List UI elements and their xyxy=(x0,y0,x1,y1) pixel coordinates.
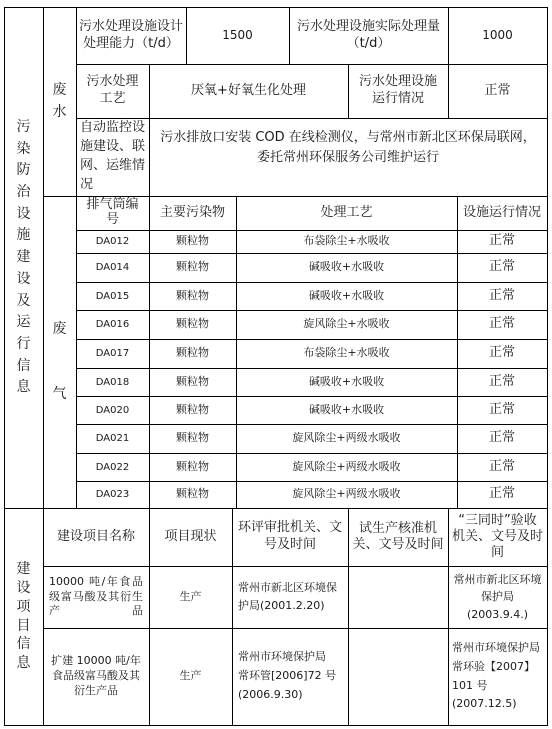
gas-row-status: 正常 xyxy=(457,453,547,481)
gas-row-outlet-id: DA015 xyxy=(76,282,149,310)
gas-row-outlet-id: DA016 xyxy=(76,310,149,339)
grid-line-h xyxy=(76,368,548,369)
grid-line-h xyxy=(76,310,548,311)
operation-value: 正常 xyxy=(448,64,547,118)
gas-row-pollutant: 颗粒物 xyxy=(149,396,236,424)
gas-row-process: 碱吸收+水吸收 xyxy=(236,368,457,396)
grid-line-v xyxy=(348,64,349,119)
grid-line-v xyxy=(289,7,290,65)
grid-line-v xyxy=(236,196,237,509)
design-capacity-label: 污水处理设施设计处理能力（t/d） xyxy=(76,8,186,64)
grid-line-v xyxy=(457,196,458,509)
actual-capacity-value: 1000 xyxy=(448,8,547,64)
grid-line-h xyxy=(76,282,548,283)
grid-line-h xyxy=(43,196,548,197)
grid-line-v xyxy=(547,7,548,726)
gas-row-process: 旋风除尘+两级水吸收 xyxy=(236,453,457,481)
proj-row2-eia: 常州市环境保护局 常环管[2006]72 号 (2006.9.30) xyxy=(232,628,348,725)
gas-row-process: 碱吸收+水吸收 xyxy=(236,282,457,310)
gas-row-pollutant: 颗粒物 xyxy=(149,282,236,310)
proj-header-acceptance: “三同时”验收机关、文号及时间 xyxy=(448,508,547,566)
gas-row-status: 正常 xyxy=(457,253,547,282)
gas-row-process: 旋风除尘+两级水吸收 xyxy=(236,481,457,508)
monitoring-label: 自动监控设施建设、联网、运维情况 xyxy=(76,118,149,196)
section-label-pollution: 污 染 防 治 设 施 建 设 及 运 行 信 息 xyxy=(4,8,43,508)
gas-row-pollutant: 颗粒物 xyxy=(149,481,236,508)
gas-row-process: 碱吸收+水吸收 xyxy=(236,396,457,424)
gas-row-pollutant: 颗粒物 xyxy=(149,339,236,368)
proj-row2-status: 生产 xyxy=(149,628,232,725)
grid-line-h xyxy=(76,396,548,397)
gas-row-outlet-id: DA022 xyxy=(76,453,149,481)
operation-label: 污水处理设施运行情况 xyxy=(348,64,448,118)
grid-line-v xyxy=(76,7,77,509)
proj-header-eia: 环评审批机关、文号及时间 xyxy=(232,508,348,566)
gas-row-status: 正常 xyxy=(457,481,547,508)
grid-line-h xyxy=(76,424,548,425)
gas-row-outlet-id: DA012 xyxy=(76,230,149,253)
gas-row-status: 正常 xyxy=(457,282,547,310)
grid-line-h xyxy=(76,453,548,454)
gas-row-status: 正常 xyxy=(457,310,547,339)
gas-row-pollutant: 颗粒物 xyxy=(149,310,236,339)
section-label-projects: 建 设 项 目 信 息 xyxy=(4,508,43,725)
proj-row1-name: 10000 吨/年食品级富马酸及其衍生产品 xyxy=(43,566,149,628)
gas-row-outlet-id: DA020 xyxy=(76,396,149,424)
grid-line-v xyxy=(448,64,449,119)
proj-row1-status: 生产 xyxy=(149,566,232,628)
proj-header-trial: 试生产核准机关、文号及时间 xyxy=(348,508,448,566)
grid-line-h xyxy=(76,253,548,254)
process-label: 污水处理工艺 xyxy=(76,64,149,118)
grid-line-h xyxy=(4,508,548,509)
grid-line-v xyxy=(448,7,449,65)
gas-row-process: 布袋除尘+水吸收 xyxy=(236,339,457,368)
grid-line-v xyxy=(232,508,233,726)
gas-row-outlet-id: DA023 xyxy=(76,481,149,508)
grid-line-h xyxy=(76,118,548,119)
gas-row-status: 正常 xyxy=(457,368,547,396)
grid-line-h xyxy=(76,481,548,482)
gas-row-pollutant: 颗粒物 xyxy=(149,453,236,481)
gas-header-process: 处理工艺 xyxy=(236,196,457,230)
proj-header-status: 项目现状 xyxy=(149,508,232,566)
design-capacity-value: 1500 xyxy=(186,8,289,64)
gas-header-status: 设施运行情况 xyxy=(457,196,547,230)
gas-row-pollutant: 颗粒物 xyxy=(149,253,236,282)
grid-line-v xyxy=(186,7,187,65)
grid-line-h xyxy=(4,725,548,726)
proj-header-name: 建设项目名称 xyxy=(43,508,149,566)
gas-row-process: 旋风除尘+水吸收 xyxy=(236,310,457,339)
grid-line-h xyxy=(43,628,548,629)
gas-header-pollutant: 主要污染物 xyxy=(149,196,236,230)
grid-line-v xyxy=(149,508,150,726)
grid-line-h xyxy=(4,7,548,8)
proj-row1-eia: 常州市新北区环境保护局(2001.2.20) xyxy=(232,566,348,628)
grid-line-h xyxy=(43,566,548,567)
grid-line-v xyxy=(448,508,449,726)
proj-row1-acceptance: 常州市新北区环境保护局(2003.9.4.) xyxy=(448,566,547,628)
actual-capacity-label: 污水处理设施实际处理量（t/d） xyxy=(289,8,448,64)
grid-line-v xyxy=(149,64,150,197)
gas-row-status: 正常 xyxy=(457,339,547,368)
proj-row2-name: 扩建 10000 吨/年食品级富马酸及其衍生产品 xyxy=(43,628,149,725)
gas-row-status: 正常 xyxy=(457,396,547,424)
gas-row-outlet-id: DA017 xyxy=(76,339,149,368)
monitoring-value: 污水排放口安装 COD 在线检测仪，与常州市新北区环保局联网，委托常州环保服务公… xyxy=(149,118,547,196)
gas-row-status: 正常 xyxy=(457,424,547,453)
gas-row-process: 碱吸收+水吸收 xyxy=(236,253,457,282)
process-value: 厌氧+好氧生化处理 xyxy=(149,64,348,118)
gas-row-pollutant: 颗粒物 xyxy=(149,424,236,453)
grid-line-h xyxy=(76,230,548,231)
proj-row1-trial xyxy=(348,566,448,628)
gas-row-pollutant: 颗粒物 xyxy=(149,230,236,253)
gas-header-outlet: 排气筒编号 xyxy=(76,196,149,230)
grid-line-v xyxy=(348,508,349,726)
gas-row-outlet-id: DA014 xyxy=(76,253,149,282)
gas-row-outlet-id: DA021 xyxy=(76,424,149,453)
wastewater-label: 废 水 xyxy=(43,8,76,196)
grid-line-v xyxy=(43,7,44,726)
wastegas-label: 废 气 xyxy=(43,196,76,508)
grid-line-v xyxy=(149,196,150,509)
proj-row2-trial xyxy=(348,628,448,725)
gas-row-outlet-id: DA018 xyxy=(76,368,149,396)
proj-row2-acceptance: 常州市环境保护局 常环验【2007】 101 号 (2007.12.5) xyxy=(448,628,547,725)
gas-row-pollutant: 颗粒物 xyxy=(149,368,236,396)
gas-row-process: 旋风除尘+两级水吸收 xyxy=(236,424,457,453)
gas-row-status: 正常 xyxy=(457,230,547,253)
gas-row-process: 布袋除尘+水吸收 xyxy=(236,230,457,253)
grid-line-h xyxy=(76,339,548,340)
grid-line-h xyxy=(76,64,548,65)
grid-line-v xyxy=(4,7,5,726)
